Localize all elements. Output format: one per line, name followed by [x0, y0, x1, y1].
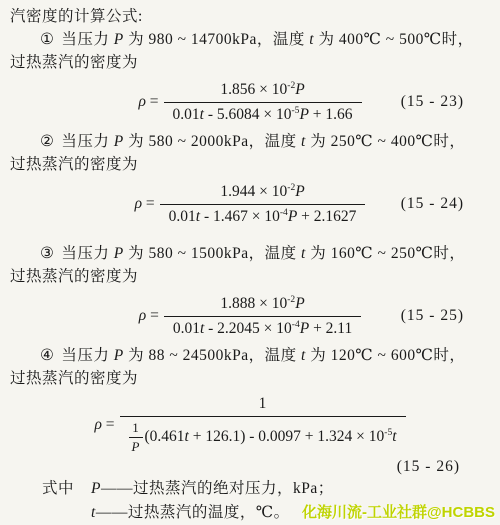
equation-number: (15 - 25)	[401, 307, 464, 325]
equation-15-26: ρ = 1 1P(0.461t + 126.1) - 0.0097 + 1.32…	[10, 393, 490, 457]
section-4-condition: ④当压力 P 为 88 ~ 24500kPa，温度 t 为 120℃ ~ 600…	[10, 344, 490, 367]
legend-dash: ——	[101, 480, 133, 497]
formula-lhs: ρ =	[138, 93, 158, 111]
section-1-density-label: 过热蒸汽的密度为	[10, 51, 490, 74]
circled-number-4: ④	[40, 347, 54, 364]
section-1-condition-text: 当压力 P 为 980 ~ 14700kPa，温度 t 为 400℃ ~ 500…	[61, 31, 473, 48]
circled-number-2: ②	[40, 133, 54, 150]
formula-lhs: ρ =	[139, 307, 159, 325]
fraction: 1 1P(0.461t + 126.1) - 0.0097 + 1.324 × …	[120, 395, 406, 455]
equation-15-23: ρ = 1.856 × 10-2P 0.01t - 5.6084 × 10-5P…	[10, 77, 490, 127]
fraction-denominator: 0.01t - 5.6084 × 10-5P + 1.66	[164, 103, 362, 124]
section-3-condition: ③当压力 P 为 580 ~ 1500kPa，温度 t 为 160℃ ~ 250…	[10, 242, 490, 265]
equation-15-25: ρ = 1.888 × 10-2P 0.01t - 2.2045 × 10-4P…	[10, 291, 490, 341]
fraction: 1.944 × 10-2P 0.01t - 1.467 × 10-4P + 2.…	[160, 183, 366, 226]
fraction-denominator: 1P(0.461t + 126.1) - 0.0097 + 1.324 × 10…	[120, 417, 406, 455]
fraction-numerator: 1.856 × 10-2P	[164, 81, 362, 103]
formula-lhs: ρ =	[135, 195, 155, 213]
fraction: 1.888 × 10-2P 0.01t - 2.2045 × 10-4P + 2…	[164, 295, 361, 338]
section-3-density-label: 过热蒸汽的密度为	[10, 265, 490, 288]
page-title: 汽密度的计算公式:	[10, 5, 490, 28]
section-4-density-label: 过热蒸汽的密度为	[10, 367, 490, 390]
formula-lhs: ρ =	[94, 416, 114, 434]
scanned-document-page: 汽密度的计算公式: ①当压力 P 为 980 ~ 14700kPa，温度 t 为…	[0, 0, 500, 525]
section-4-condition-text: 当压力 P 为 88 ~ 24500kPa，温度 t 为 120℃ ~ 600℃…	[61, 347, 465, 364]
fraction-denominator: 0.01t - 1.467 × 10-4P + 2.1627	[160, 205, 366, 226]
legend-text-temperature: 过热蒸汽的温度，℃。	[128, 504, 290, 521]
fraction-denominator: 0.01t - 2.2045 × 10-4P + 2.11	[164, 317, 361, 338]
circled-number-1: ①	[40, 31, 54, 48]
legend-row-pressure: 式中P——过热蒸汽的绝对压力，kPa；	[10, 477, 490, 501]
circled-number-3: ③	[40, 245, 54, 262]
legend-text-pressure: 过热蒸汽的绝对压力，kPa；	[133, 480, 334, 497]
fraction: 1.856 × 10-2P 0.01t - 5.6084 × 10-5P + 1…	[164, 81, 362, 124]
site-watermark: 化海川流-工业社群@HCBBS	[302, 501, 495, 522]
equation-15-24: ρ = 1.944 × 10-2P 0.01t - 1.467 × 10-4P …	[10, 179, 490, 229]
fraction-numerator: 1	[120, 395, 406, 417]
equation-number: (15 - 24)	[401, 195, 464, 213]
equation-number-15-26: (15 - 26)	[10, 456, 490, 477]
legend-prefix: 式中	[42, 480, 74, 497]
section-2-condition: ②当压力 P 为 580 ~ 2000kPa，温度 t 为 250℃ ~ 400…	[10, 130, 490, 153]
fraction-numerator: 1.888 × 10-2P	[164, 295, 361, 317]
fraction-numerator: 1.944 × 10-2P	[160, 183, 366, 205]
section-2-density-label: 过热蒸汽的密度为	[10, 153, 490, 176]
section-2-condition-text: 当压力 P 为 580 ~ 2000kPa，温度 t 为 250℃ ~ 400℃…	[61, 133, 465, 150]
equation-number: (15 - 23)	[401, 93, 464, 111]
legend-dash: ——	[96, 504, 128, 521]
legend-symbol-P: P	[91, 480, 101, 497]
section-3-condition-text: 当压力 P 为 580 ~ 1500kPa，温度 t 为 160℃ ~ 250℃…	[61, 245, 465, 262]
section-1-condition: ①当压力 P 为 980 ~ 14700kPa，温度 t 为 400℃ ~ 50…	[10, 28, 490, 51]
